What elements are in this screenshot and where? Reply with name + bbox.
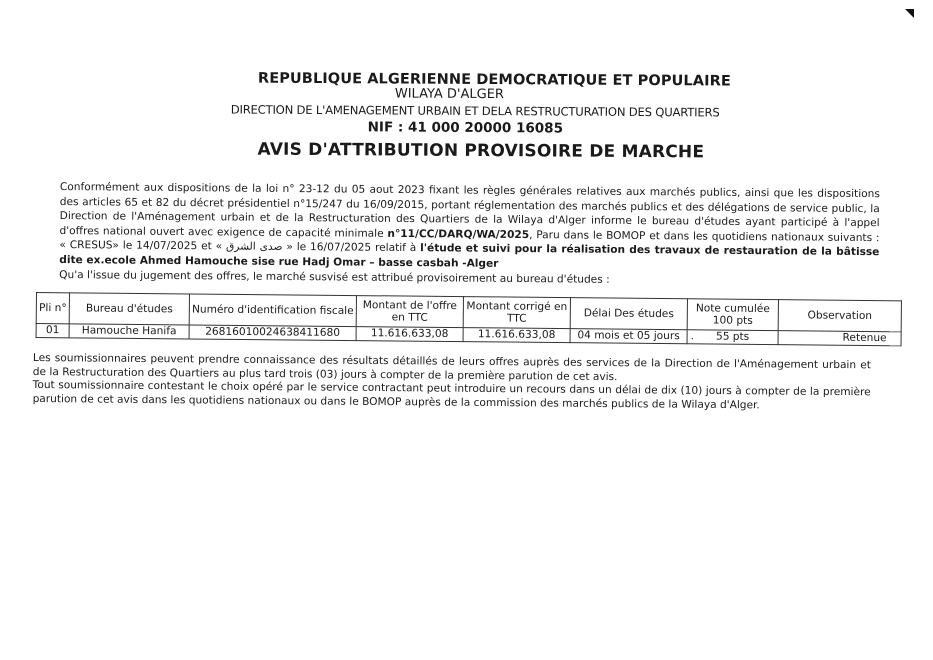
cell-pli: 01 bbox=[36, 324, 69, 338]
notice-header: REPUBLIQUE ALGERIENNE DEMOCRATIQUE ET PO… bbox=[0, 69, 933, 75]
col-header-montant-offre: Montant de l'offre en TTC bbox=[356, 296, 463, 328]
col-header-observation: Observation bbox=[778, 300, 901, 332]
wilaya-heading: WILAYA D'ALGER bbox=[395, 86, 504, 102]
attribution-table-wrapper: Pli n° Bureau d'études Numéro d'identifi… bbox=[36, 292, 902, 346]
nif-heading: NIF : 41 000 20000 16085 bbox=[368, 119, 563, 136]
scanned-notice-page: REPUBLIQUE ALGERIENNE DEMOCRATIQUE ET PO… bbox=[0, 0, 933, 660]
col-header-montant-corrige: Montant corrigé en TTC bbox=[463, 297, 570, 329]
cell-montant-offre: 11.616.633,08 bbox=[356, 327, 463, 342]
cell-observation: Retenue bbox=[778, 331, 901, 346]
notice-title: AVIS D'ATTRIBUTION PROVISOIRE DE MARCHE bbox=[257, 140, 704, 163]
cell-montant-corrige: 11.616.633,08 bbox=[463, 328, 570, 343]
scan-corner-mark-icon bbox=[905, 9, 914, 18]
col-header-note: Note cumulée 100 pts bbox=[687, 299, 778, 331]
attribution-table: Pli n° Bureau d'études Numéro d'identifi… bbox=[36, 292, 902, 346]
intro-paragraph: Conformément aux dispositions de la loi … bbox=[59, 180, 880, 275]
col-header-pli: Pli n° bbox=[36, 293, 69, 324]
cell-note: .55 pts bbox=[687, 330, 778, 345]
cell-nif: 26816010024638411680 bbox=[189, 325, 356, 341]
note-value: 55 pts bbox=[716, 331, 749, 343]
direction-heading: DIRECTION DE L'AMENAGEMENT URBAIN ET DEL… bbox=[231, 102, 720, 119]
footer-section: Les soumissionnaires peuvent prendre con… bbox=[33, 352, 871, 414]
col-header-bureau: Bureau d'études bbox=[69, 293, 189, 325]
note-mark: . bbox=[691, 330, 694, 343]
col-header-delai: Délai Des études bbox=[570, 298, 687, 330]
tender-reference: n°11/CC/DARQ/WA/2025 bbox=[387, 228, 529, 241]
cell-delai: 04 mois et 05 jours bbox=[570, 329, 687, 344]
col-header-nif: Numéro d'identification fiscale bbox=[189, 294, 356, 327]
intro-section: Conformément aux dispositions de la loi … bbox=[59, 180, 880, 289]
cell-bureau: Hamouche Hanifa bbox=[69, 324, 189, 339]
